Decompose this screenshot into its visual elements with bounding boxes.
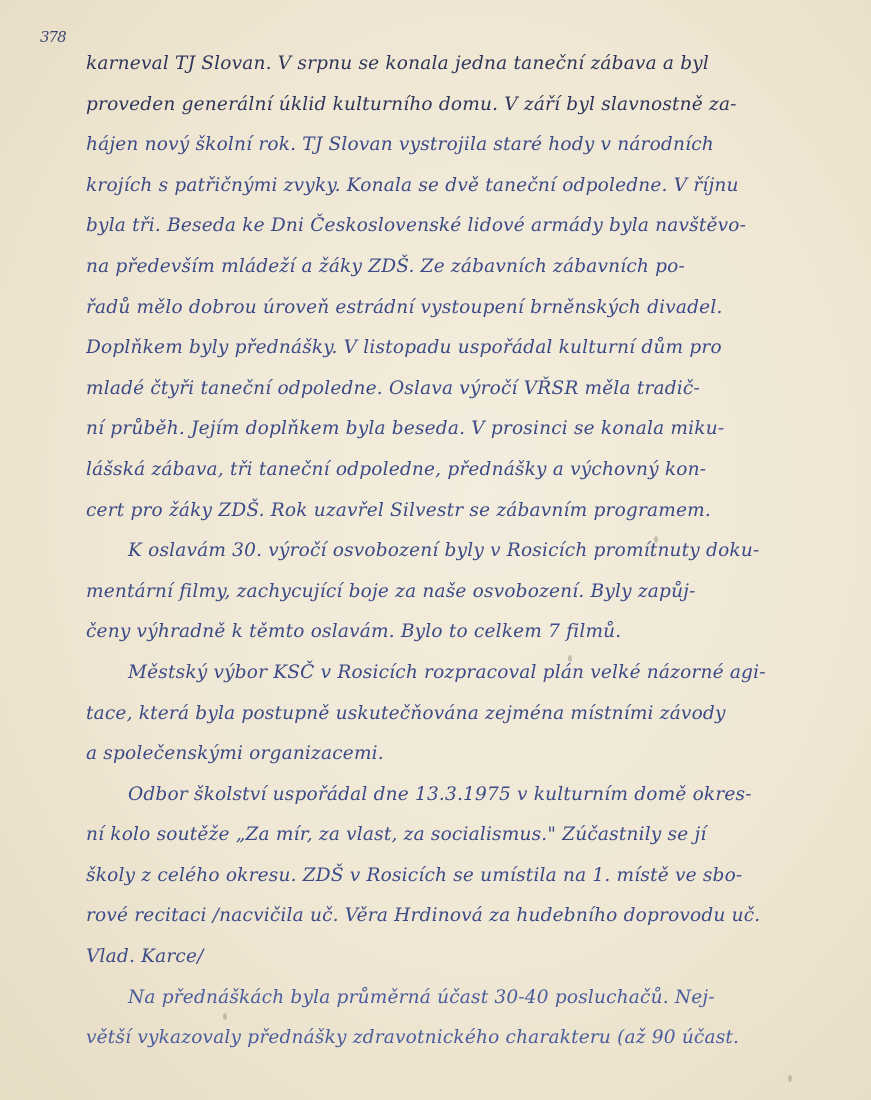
paper-speck <box>788 1075 792 1082</box>
text-line: školy z celého okresu. ZDŠ v Rosicích se… <box>86 856 826 897</box>
text-line: tace, která byla postupně uskutečňována … <box>86 694 826 735</box>
text-line: krojích s patřičnými zvyky. Konala se dv… <box>86 166 826 207</box>
text-line: proveden generální úklid kulturního domu… <box>86 85 826 126</box>
text-line: lášská zábava, tři taneční odpoledne, př… <box>86 450 826 491</box>
paragraph-start-line: K oslavám 30. výročí osvobození byly v R… <box>86 531 826 572</box>
text-line: Doplňkem byly přednášky. V listopadu usp… <box>86 328 826 369</box>
text-line: řadů mělo dobrou úroveň estrádní vystoup… <box>86 288 826 329</box>
text-line: a společenskými organizacemi. <box>86 734 826 775</box>
chronicle-page: 378 karneval TJ Slovan. V srpnu se konal… <box>0 0 871 1100</box>
page-number: 378 <box>40 28 66 46</box>
paragraph-start-line: Na přednáškách byla průměrná účast 30-40… <box>86 978 826 1019</box>
text-line: mentární filmy, zachycující boje za naše… <box>86 572 826 613</box>
text-line: větší vykazovaly přednášky zdravotnickéh… <box>86 1018 826 1059</box>
text-line: čeny výhradně k těmto oslavám. Bylo to c… <box>86 612 826 653</box>
text-line: karneval TJ Slovan. V srpnu se konala je… <box>86 44 826 85</box>
text-line: rové recitaci /nacvičila uč. Věra Hrdino… <box>86 896 826 937</box>
paragraph-start-line: Odbor školství uspořádal dne 13.3.1975 v… <box>86 775 826 816</box>
text-line: mladé čtyři taneční odpoledne. Oslava vý… <box>86 369 826 410</box>
text-line: ní průběh. Jejím doplňkem byla beseda. V… <box>86 409 826 450</box>
text-line: ní kolo soutěže „Za mír, za vlast, za so… <box>86 815 826 856</box>
text-line: cert pro žáky ZDŠ. Rok uzavřel Silvestr … <box>86 491 826 532</box>
text-line: Vlad. Karce/ <box>86 937 826 978</box>
text-line: byla tři. Beseda ke Dni Československé l… <box>86 206 826 247</box>
paragraph-start-line: Městský výbor KSČ v Rosicích rozpracoval… <box>86 653 826 694</box>
text-line: na především mládeží a žáky ZDŠ. Ze zába… <box>86 247 826 288</box>
handwritten-text-block: karneval TJ Slovan. V srpnu se konala je… <box>86 44 826 1059</box>
paper-speck <box>568 655 572 662</box>
paper-speck <box>654 536 658 543</box>
paper-speck <box>223 1013 227 1020</box>
text-line: hájen nový školní rok. TJ Slovan vystroj… <box>86 125 826 166</box>
